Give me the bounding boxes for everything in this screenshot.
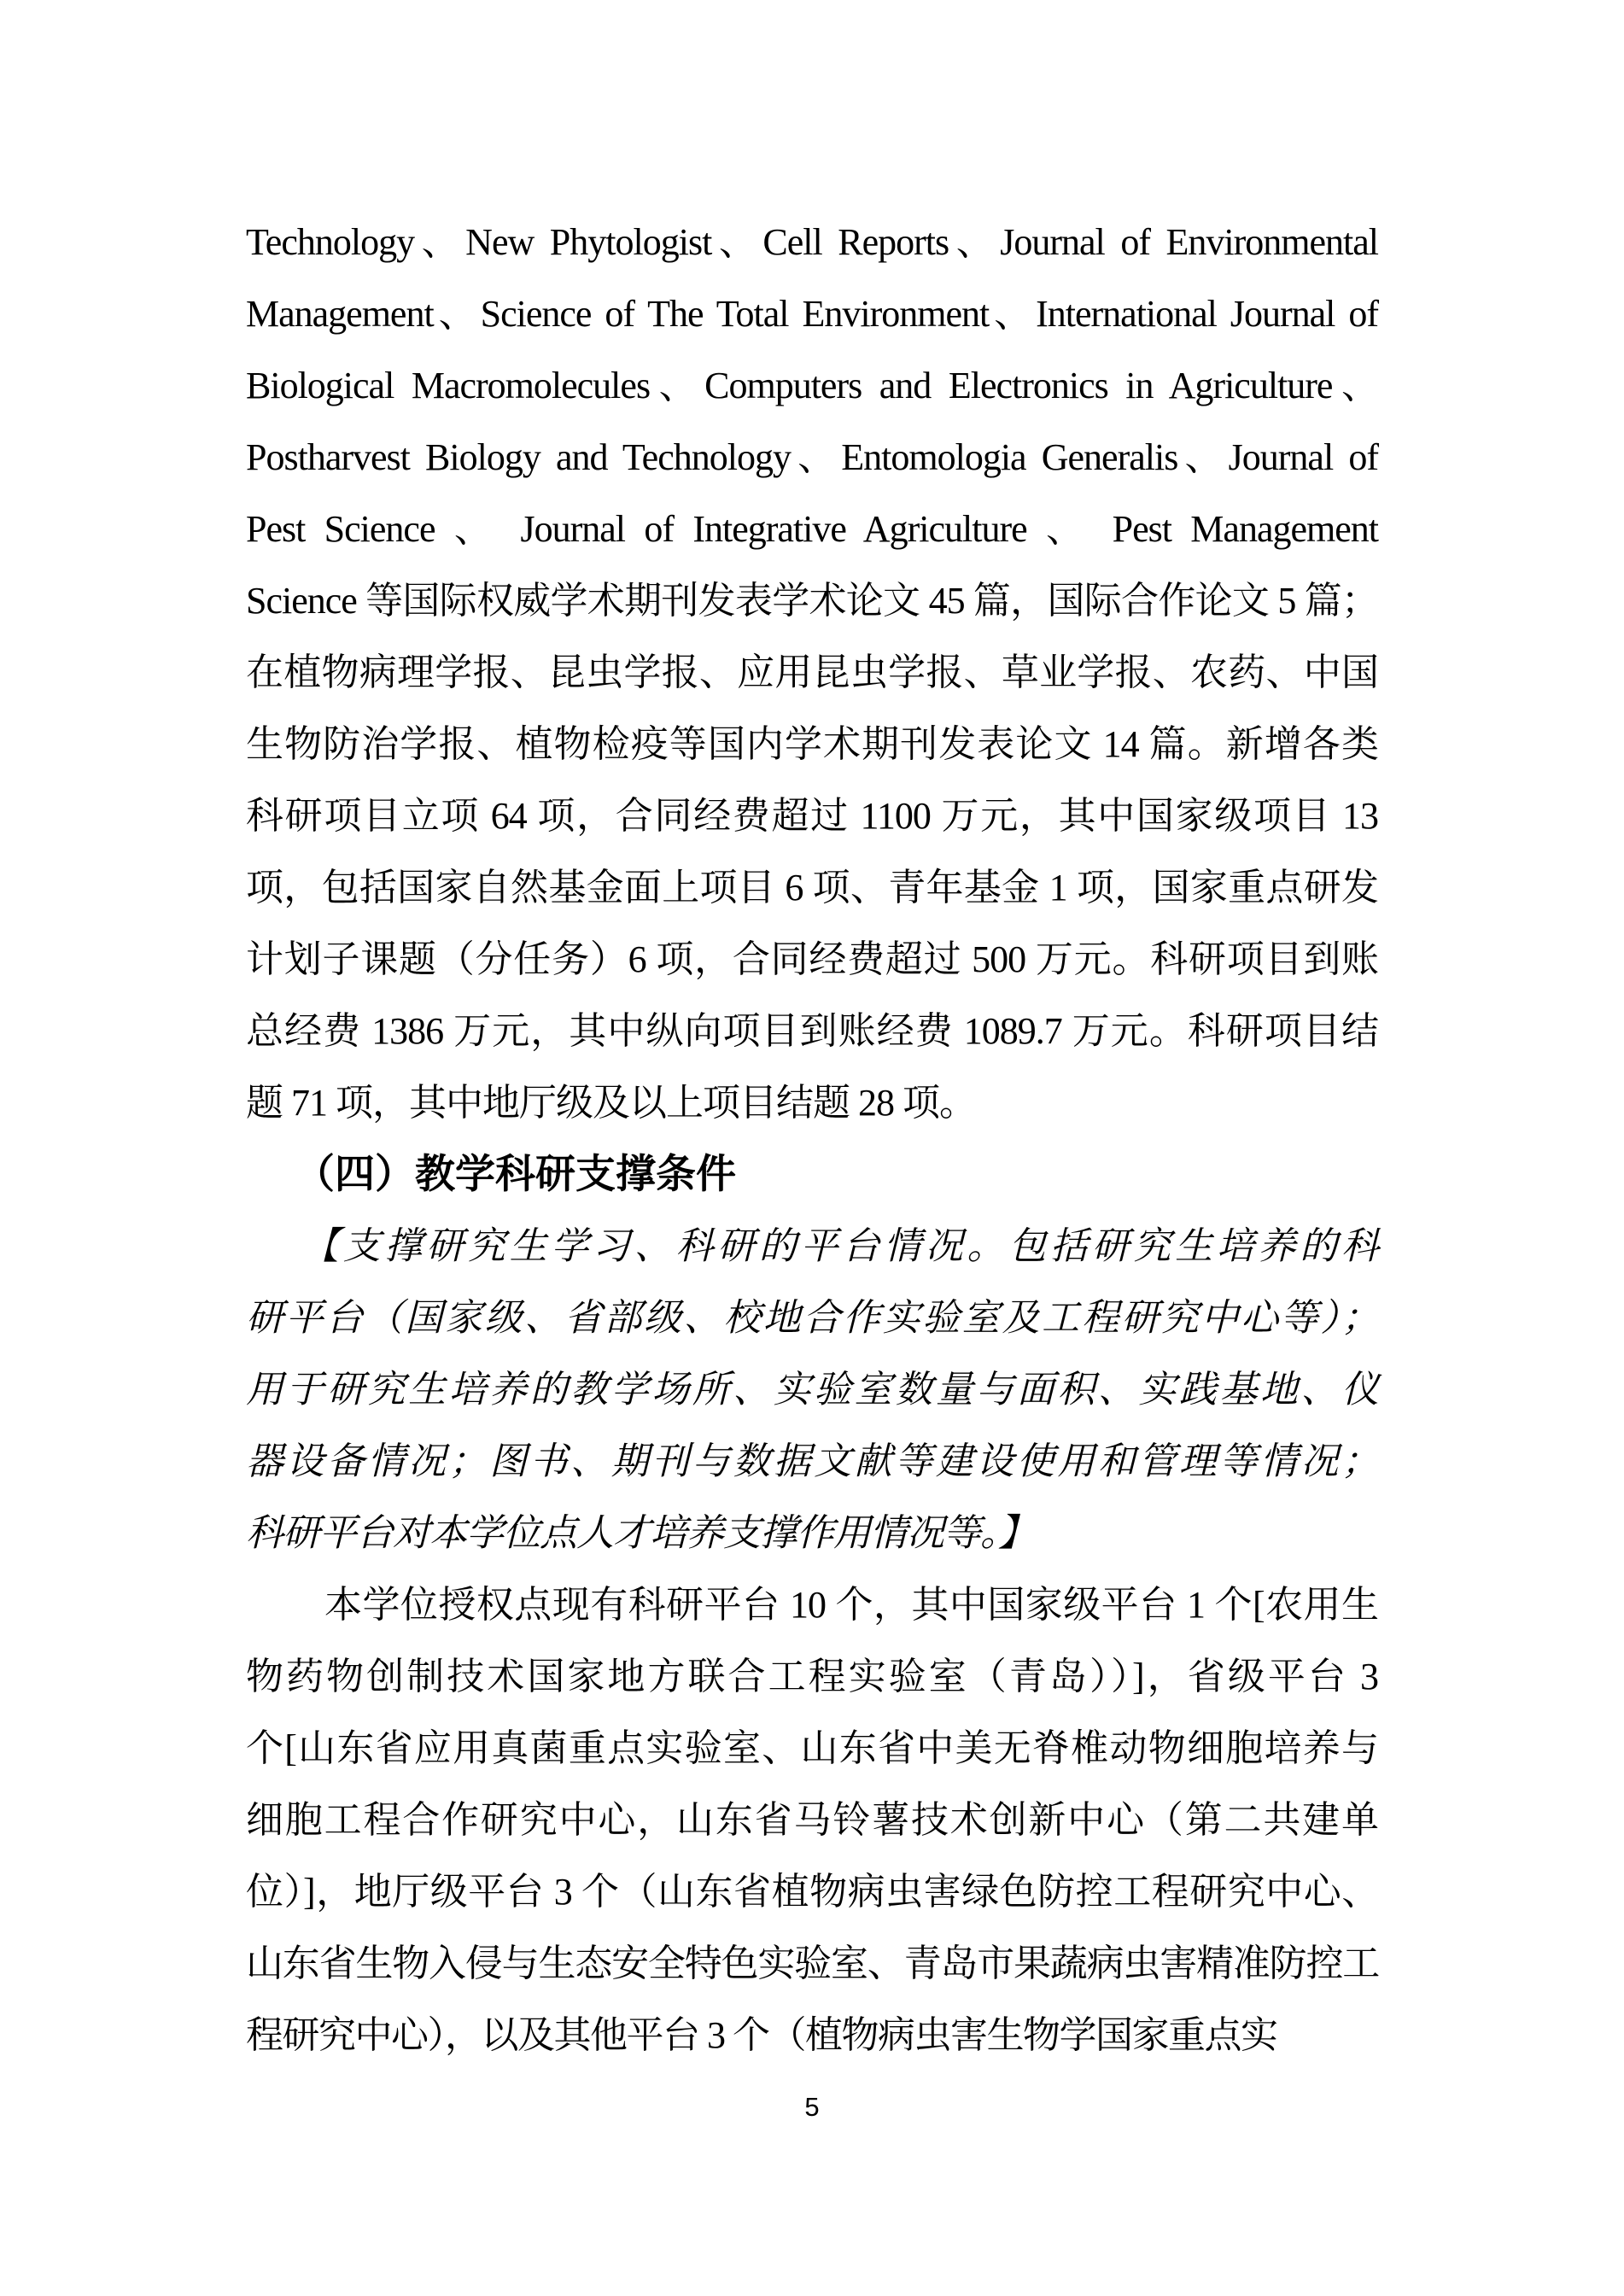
body-text-line: 本学位授权点现有科研平台 10 个，其中国家级平台 1 个[农用生 xyxy=(246,1569,1378,1641)
body-text-line: 项，包括国家自然基金面上项目 6 项、青年基金 1 项，国家重点研发 xyxy=(246,852,1378,924)
body-text-line: 细胞工程合作研究中心，山东省马铃薯技术创新中心（第二共建单 xyxy=(246,1785,1378,1856)
page-number: 5 xyxy=(246,2092,1378,2164)
page-content: Technology、New Phytologist、Cell Reports、… xyxy=(246,207,1378,2164)
document-page: Technology、New Phytologist、Cell Reports、… xyxy=(0,0,1624,2296)
body-text-line: Technology、New Phytologist、Cell Reports、… xyxy=(246,207,1378,278)
body-text-line: Biological Macromolecules、Computers and … xyxy=(246,350,1378,422)
body-text-line: 在植物病理学报、昆虫学报、应用昆虫学报、草业学报、农药、中国 xyxy=(246,637,1378,709)
body-text-line: Science 等国际权威学术期刊发表学术论文 45 篇，国际合作论文 5 篇； xyxy=(246,565,1378,637)
guideline-text-line: 器设备情况；图书、期刊与数据文献等建设使用和管理等情况； xyxy=(246,1426,1378,1498)
body-text-line: 程研究中心），以及其他平台 3 个（植物病虫害生物学国家重点实 xyxy=(246,2000,1378,2071)
section-heading: （四）教学科研支撑条件 xyxy=(246,1139,1378,1211)
body-text-line: Pest Science 、 Journal of Integrative Ag… xyxy=(246,494,1378,565)
guideline-text-line: 用于研究生培养的教学场所、实验室数量与面积、实践基地、仪 xyxy=(246,1354,1378,1426)
guideline-text-line: 研平台（国家级、省部级、校地合作实验室及工程研究中心等）； xyxy=(246,1282,1378,1354)
body-text-line: Postharvest Biology and Technology、Entom… xyxy=(246,422,1378,494)
guideline-text-line: 科研平台对本学位点人才培养支撑作用情况等。】 xyxy=(246,1498,1378,1569)
body-text-line: 位）]，地厅级平台 3 个（山东省植物病虫害绿色防控工程研究中心、 xyxy=(246,1856,1378,1928)
body-text-line: 物药物创制技术国家地方联合工程实验室（青岛））]，省级平台 3 xyxy=(246,1641,1378,1713)
body-text-line: 个[山东省应用真菌重点实验室、山东省中美无脊椎动物细胞培养与 xyxy=(246,1713,1378,1785)
guideline-text-line: 【支撑研究生学习、科研的平台情况。包括研究生培养的科 xyxy=(246,1211,1378,1282)
body-text-line: 计划子课题（分任务）6 项，合同经费超过 500 万元。科研项目到账 xyxy=(246,924,1378,996)
body-text-line: 题 71 项，其中地厅级及以上项目结题 28 项。 xyxy=(246,1067,1378,1139)
body-text-line: 生物防治学报、植物检疫等国内学术期刊发表论文 14 篇。新增各类 xyxy=(246,709,1378,780)
body-text-line: 科研项目立项 64 项，合同经费超过 1100 万元，其中国家级项目 13 xyxy=(246,780,1378,852)
body-text-line: 山东省生物入侵与生态安全特色实验室、青岛市果蔬病虫害精准防控工 xyxy=(246,1928,1378,2000)
body-text-line: 总经费 1386 万元，其中纵向项目到账经费 1089.7 万元。科研项目结 xyxy=(246,996,1378,1067)
body-text-line: Management、Science of The Total Environm… xyxy=(246,278,1378,350)
